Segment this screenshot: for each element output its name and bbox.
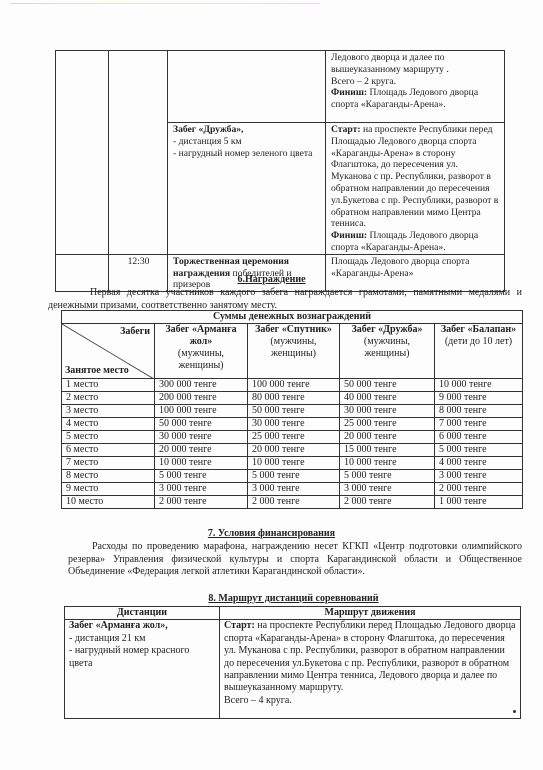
prize-cell: 80 000 тенге [248,392,340,405]
awards-paragraph: Первая десятка участников каждого забега… [48,287,522,312]
schedule-cell-time-empty [109,51,168,255]
prize-cell: 40 000 тенге [340,392,435,405]
race-cell-druzhba: Забег «Дружба», - дистанция 5 км - нагру… [168,123,326,255]
prize-cell: 2 000 тенге [340,496,435,509]
table-row: Забег «Арманға жол», - дистанция 21 км -… [65,620,521,719]
table-row: 10 место2 000 тенге2 000 тенге2 000 тенг… [62,496,523,509]
table-header-row: Забеги Занятое место Забег «Арманға жол»… [62,324,523,379]
race-detail: - дистанция 21 км [69,633,215,645]
place-cell: 3 место [62,405,155,418]
finish-label: Финиш: [331,87,367,98]
scan-artifact [10,3,320,4]
corner-header-cell: Забеги Занятое место [62,324,155,379]
route-line: Ледового дворца и далее по [331,52,500,64]
column-header: Забег «Спутник»(мужчины, женщины) [248,324,340,379]
column-title: Забег «Спутник» [255,324,332,335]
race-cell-armanga: Забег «Арманға жол», - дистанция 21 км -… [65,620,220,719]
prize-cell: 2 000 тенге [155,496,248,509]
route-cell-druzhba: Старт: на проспекте Республики перед Пло… [326,123,505,255]
place-cell: 1 место [62,379,155,392]
prize-cell: 50 000 тенге [155,418,248,431]
schedule-table: Ледового дворца и далее по вышеуказанном… [55,50,505,292]
table-row: 4 место50 000 тенге30 000 тенге25 000 те… [62,418,523,431]
prize-cell: 2 000 тенге [435,483,523,496]
table-row: 2 место200 000 тенге80 000 тенге40 000 т… [62,392,523,405]
table-row: 7 место10 000 тенге10 000 тенге10 000 те… [62,457,523,470]
section-title-financing: 7. Условия финансирования [0,528,543,540]
table-row: 8 место5 000 тенге5 000 тенге5 000 тенге… [62,470,523,483]
column-subtitle: (мужчины, женщины) [178,348,224,371]
race-detail: - нагрудный номер зеленого цвета [173,148,321,160]
prize-cell: 50 000 тенге [248,405,340,418]
prize-cell: 3 000 тенге [155,483,248,496]
race-title: Забег «Арманға жол», [69,620,168,631]
place-cell: 10 место [62,496,155,509]
prize-cell: 100 000 тенге [155,405,248,418]
prize-cell: 10 000 тенге [248,457,340,470]
prize-cell: 15 000 тенге [340,444,435,457]
prize-cell: 2 000 тенге [248,496,340,509]
prize-cell: 1 000 тенге [435,496,523,509]
prize-cell: 3 000 тенге [435,470,523,483]
scan-dot [513,710,516,713]
prize-cell: 3 000 тенге [248,483,340,496]
column-subtitle: (мужчины, женщины) [270,336,316,359]
table-row: 6 место20 000 тенге20 000 тенге15 000 те… [62,444,523,457]
prize-cell: 10 000 тенге [155,457,248,470]
start-text: на проспекте Республики перед Площадью Л… [224,620,515,693]
schedule-cell-event-empty [168,51,326,123]
awards-body: 1 место300 000 тенге100 000 тенге50 000 … [62,379,523,509]
table-title-row: Суммы денежных вознаграждений [62,311,523,324]
finish-line: Финиш: Площадь Ледового дворца спорта «К… [331,87,500,111]
place-cell: 7 место [62,457,155,470]
start-label: Старт: [331,124,361,135]
finish-label: Финиш: [331,230,367,241]
prize-cell: 9 000 тенге [435,392,523,405]
start-label: Старт: [224,620,255,631]
corner-label-place: Занятое место [65,365,129,377]
table-row: 1 место300 000 тенге100 000 тенге50 000 … [62,379,523,392]
race-detail: - дистанция 5 км [173,136,321,148]
route-cell-continued: Ледового дворца и далее по вышеуказанном… [326,51,505,123]
route-table: Дистанции Маршрут движения Забег «Арманғ… [64,606,521,719]
table-row: 9 место3 000 тенге3 000 тенге3 000 тенге… [62,483,523,496]
column-header: Забег «Дружба»(мужчины, женщины) [340,324,435,379]
prize-cell: 200 000 тенге [155,392,248,405]
table-header-row: Дистанции Маршрут движения [65,607,521,620]
section-title-awards: 6.Награждение [0,274,543,286]
header-route: Маршрут движения [220,607,521,620]
awards-table-title: Суммы денежных вознаграждений [62,311,523,324]
prize-cell: 30 000 тенге [340,405,435,418]
prize-cell: 30 000 тенге [155,431,248,444]
place-cell: 6 место [62,444,155,457]
prize-cell: 5 000 тенге [435,444,523,457]
prize-cell: 3 000 тенге [340,483,435,496]
place-cell: 8 место [62,470,155,483]
prize-cell: 100 000 тенге [248,379,340,392]
table-row: Ледового дворца и далее по вышеуказанном… [56,51,505,123]
place-cell: 9 место [62,483,155,496]
race-title: Забег «Дружба», [173,124,243,135]
table-row: 3 место100 000 тенге50 000 тенге30 000 т… [62,405,523,418]
race-detail: - нагрудный номер красного цвета [69,645,215,670]
route-cell-armanga: Старт: на проспекте Республики перед Пло… [220,620,521,719]
column-header: Забег «Арманға жол»(мужчины, женщины) [155,324,248,379]
route-line: вышеуказанному маршруту . [331,64,500,76]
prize-cell: 10 000 тенге [340,457,435,470]
column-subtitle: (мужчины, женщины) [364,336,410,359]
column-title: Забег «Арманға жол» [165,324,236,347]
column-header: Забег «Балапан»(дети до 10 лет) [435,324,523,379]
prize-cell: 20 000 тенге [248,444,340,457]
prize-cell: 5 000 тенге [248,470,340,483]
prize-cell: 300 000 тенге [155,379,248,392]
column-subtitle: (дети до 10 лет) [445,336,512,347]
total-laps: Всего – 4 круга. [224,695,292,706]
prize-cell: 50 000 тенге [340,379,435,392]
prize-cell: 20 000 тенге [155,444,248,457]
awards-table: Суммы денежных вознаграждений Забеги Зан… [61,310,523,509]
prize-cell: 6 000 тенге [435,431,523,444]
prize-cell: 4 000 тенге [435,457,523,470]
start-text: на проспекте Республики перед Площадью Л… [331,124,498,229]
place-cell: 5 место [62,431,155,444]
prize-cell: 10 000 тенге [435,379,523,392]
financing-paragraph: Расходы по проведению марафона, награжде… [68,541,522,579]
prize-cell: 30 000 тенге [248,418,340,431]
corner-label-races: Забеги [120,326,150,338]
prize-cell: 8 000 тенге [435,405,523,418]
prize-cell: 5 000 тенге [155,470,248,483]
header-distances: Дистанции [65,607,220,620]
place-cell: 4 место [62,418,155,431]
place-cell: 2 место [62,392,155,405]
prize-cell: 25 000 тенге [248,431,340,444]
column-title: Забег «Балапан» [441,324,516,335]
prize-cell: 25 000 тенге [340,418,435,431]
prize-cell: 5 000 тенге [340,470,435,483]
prize-cell: 7 000 тенге [435,418,523,431]
table-row: 5 место30 000 тенге25 000 тенге20 000 те… [62,431,523,444]
prize-cell: 20 000 тенге [340,431,435,444]
route-line: Всего – 2 круга. [331,76,500,88]
column-title: Забег «Дружба» [352,324,423,335]
schedule-cell-empty [56,51,109,255]
section-title-route: 8. Маршрут дистанций соревнований [22,593,543,605]
